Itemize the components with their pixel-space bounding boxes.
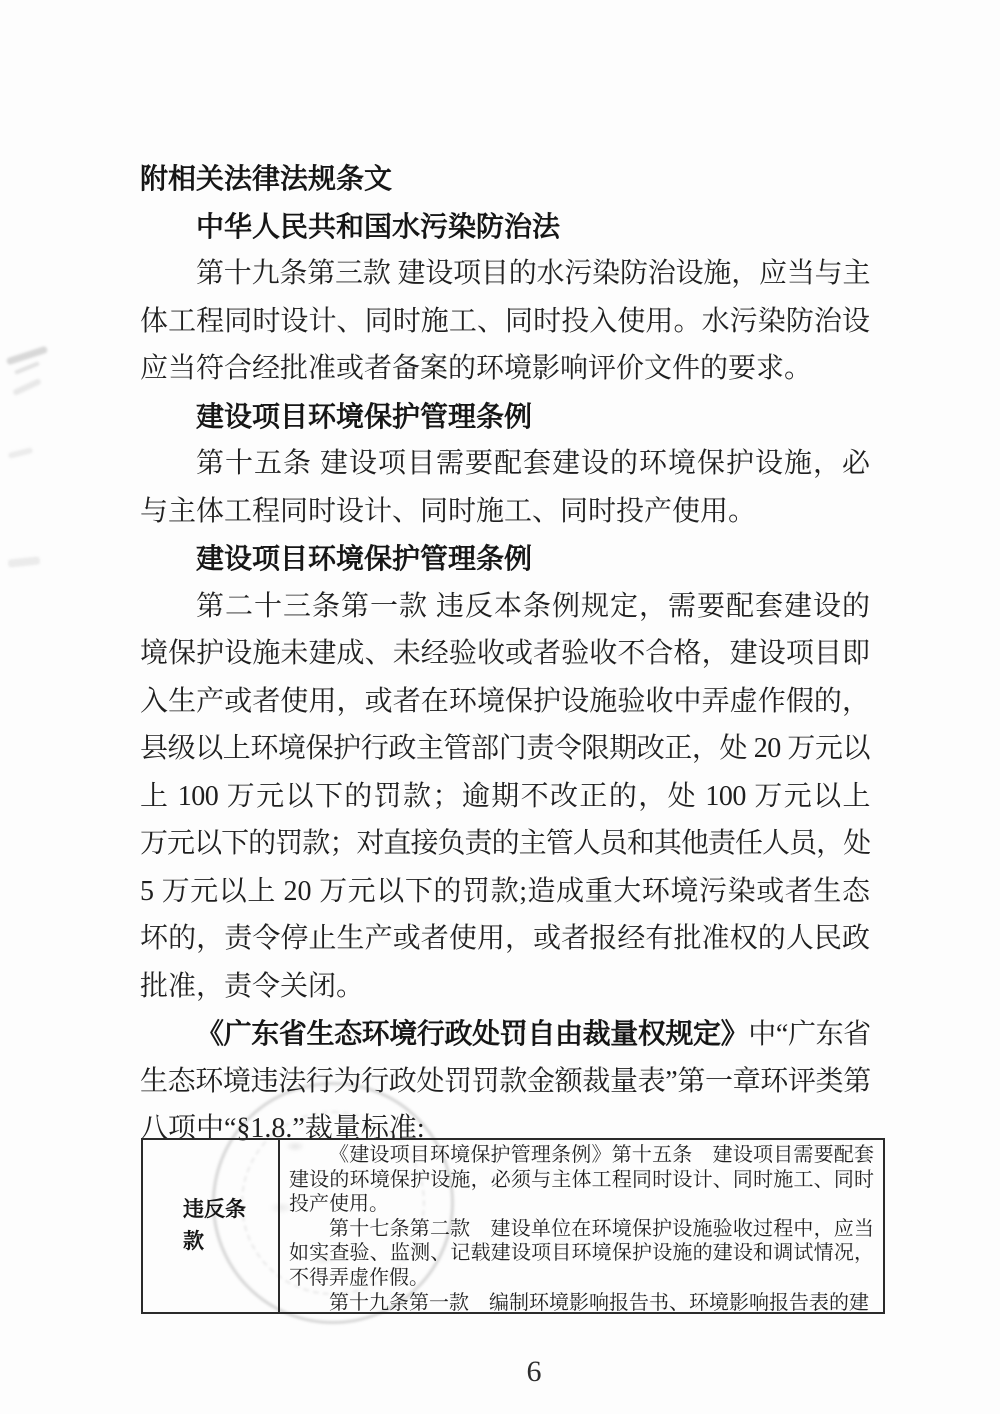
scanned-document-page: 附相关法律法规条文 中华人民共和国水污染防治法 第十九条第三款 建设项目的水污染… (0, 0, 1000, 1414)
text-line: 生态环境违法行为行政处罚罚款金额裁量表”第一章环评类第 (140, 1058, 870, 1106)
scan-smudge (6, 346, 48, 366)
clause-paragraph: 《建设项目环境保护管理条例》第十五条 建设项目需要配套建设的环境保护设施，必须与… (289, 1143, 874, 1217)
text-line: 与主体工程同时设计、同时施工、同时投产使用。 (140, 488, 870, 536)
legal-clause-table: 违反条款 《建设项目环境保护管理条例》第十五条 建设项目需要配套建设的环境保护设… (141, 1138, 885, 1314)
text-line: 境保护设施未建成、未经验收或者验收不合格，建设项目即投 (140, 630, 870, 678)
regulation-heading-2: 建设项目环境保护管理条例 (140, 535, 870, 583)
scan-smudge (8, 447, 34, 459)
text-line: 《广东省生态环境行政处罚自由裁量权规定》中“广东省 (140, 1010, 870, 1058)
section-title: 附相关法律法规条文 (140, 155, 870, 203)
text-line: 第二十三条第一款 违反本条例规定，需要配套建设的环 (140, 583, 870, 631)
text-line: 5 万元以上 20 万元以下的罚款;造成重大环境污染或者生态破 (140, 868, 870, 916)
clause-content-cell: 《建设项目环境保护管理条例》第十五条 建设项目需要配套建设的环境保护设施，必须与… (280, 1140, 883, 1312)
document-body: 附相关法律法规条文 中华人民共和国水污染防治法 第十九条第三款 建设项目的水污染… (140, 155, 870, 1153)
text-line: 万元以下的罚款；对直接负责的主管人员和其他责任人员，处 (140, 820, 870, 868)
clause-paragraph: 第十九条第一款 编制环境影响报告书、环境影响报告表的建 (289, 1291, 874, 1312)
text-line: 入生产或者使用，或者在环境保护设施验收中弄虚作假的，由 (140, 678, 870, 726)
text-line: 体工程同时设计、同时施工、同时投入使用。水污染防治设施 (140, 298, 870, 346)
text-line: 应当符合经批准或者备案的环境影响评价文件的要求。 (140, 345, 870, 393)
law-heading-water-pollution: 中华人民共和国水污染防治法 (140, 203, 870, 251)
violated-clause-label: 违反条款 (183, 1194, 253, 1258)
text-line: 坏的，责令停止生产或者使用，或者报经有批准权的人民政府 (140, 915, 870, 963)
text-line: 第十九条第三款 建设项目的水污染防治设施，应当与主 (140, 250, 870, 298)
text-run: 中“广东省 (748, 1019, 870, 1050)
page-number: 6 (504, 1352, 564, 1392)
text-line: 上 100 万元以下的罚款；逾期不改正的，处 100 万元以上 200 (140, 773, 870, 821)
scan-smudge (14, 361, 40, 374)
scan-smudge (12, 378, 42, 396)
violated-clause-header-cell: 违反条款 (143, 1140, 280, 1312)
text-line: 第十五条 建设项目需要配套建设的环境保护设施，必须 (140, 440, 870, 488)
scan-smudge (8, 556, 41, 567)
text-line: 县级以上环境保护行政主管部门责令限期改正，处 20 万元以 (140, 725, 870, 773)
regulation-heading-1: 建设项目环境保护管理条例 (140, 393, 870, 441)
text-line: 批准，责令关闭。 (140, 963, 870, 1011)
clause-paragraph: 第十七条第二款 建设单位在环境保护设施验收过程中，应当如实查验、监测、记载建设项… (289, 1217, 874, 1291)
discretion-regulation-title: 《广东省生态环境行政处罚自由裁量权规定》 (196, 1018, 748, 1049)
